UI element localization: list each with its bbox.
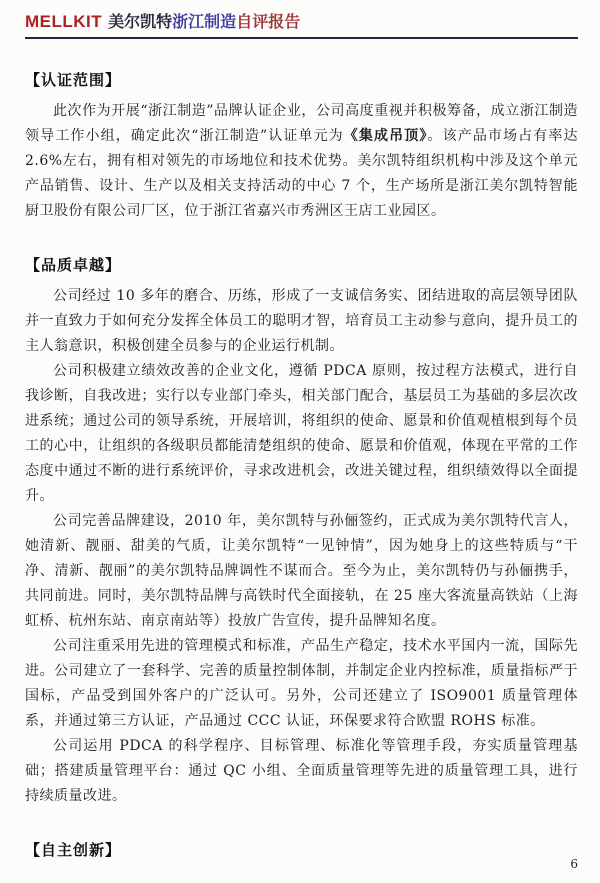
report-title-part2: 自评报告 bbox=[236, 12, 300, 31]
text-run: 公司运用 PDCA 的科学程序、目标管理、标准化等管理手段，夯实质量管理基础；搭… bbox=[25, 738, 578, 804]
section-heading: 【品质卓越】 bbox=[25, 254, 578, 275]
emphasis-text: 《集成吊顶》 bbox=[344, 128, 428, 144]
text-run: 公司积极建立绩效改善的企业文化，遵循 PDCA 原则，按过程方法模式，进行自我诊… bbox=[25, 363, 578, 504]
text-run: 公司注重采用先进的管理模式和标准，产品生产稳定，技术水平国内一流，国际先进。公司… bbox=[25, 638, 578, 729]
report-body: 【认证范围】此次作为开展“浙江制造”品牌认证企业，公司高度重视并积极筹备，成立浙… bbox=[25, 69, 578, 860]
report-page: MELLKIT美尔凯特浙江制造自评报告 【认证范围】此次作为开展“浙江制造”品牌… bbox=[0, 0, 600, 883]
body-paragraph: 公司积极建立绩效改善的企业文化，遵循 PDCA 原则，按过程方法模式，进行自我诊… bbox=[25, 359, 578, 509]
section-heading: 【自主创新】 bbox=[25, 839, 578, 860]
page-number: 6 bbox=[570, 857, 578, 871]
text-run: 公司经过 10 多年的磨合、历练，形成了一支诚信务实、团结进取的高层领导团队并一… bbox=[25, 288, 578, 354]
body-paragraph: 公司完善品牌建设，2010 年，美尔凯特与孙俪签约，正式成为美尔凯特代言人，她清… bbox=[25, 509, 578, 634]
body-paragraph: 公司经过 10 多年的磨合、历练，形成了一支诚信务实、团结进取的高层领导团队并一… bbox=[25, 284, 578, 359]
report-title-part1: 浙江制造 bbox=[172, 12, 236, 31]
body-paragraph: 公司运用 PDCA 的科学程序、目标管理、标准化等管理手段，夯实质量管理基础；搭… bbox=[25, 734, 578, 809]
brand-logo-text: MELLKIT bbox=[25, 12, 102, 31]
company-name: 美尔凯特 bbox=[108, 12, 172, 31]
page-header: MELLKIT美尔凯特浙江制造自评报告 bbox=[25, 9, 578, 39]
section-heading: 【认证范围】 bbox=[25, 69, 578, 90]
body-paragraph: 公司注重采用先进的管理模式和标准，产品生产稳定，技术水平国内一流，国际先进。公司… bbox=[25, 634, 578, 734]
body-paragraph: 此次作为开展“浙江制造”品牌认证企业，公司高度重视并积极筹备，成立浙江制造领导工… bbox=[25, 99, 578, 224]
text-run: 公司完善品牌建设，2010 年，美尔凯特与孙俪签约，正式成为美尔凯特代言人，她清… bbox=[25, 513, 578, 629]
